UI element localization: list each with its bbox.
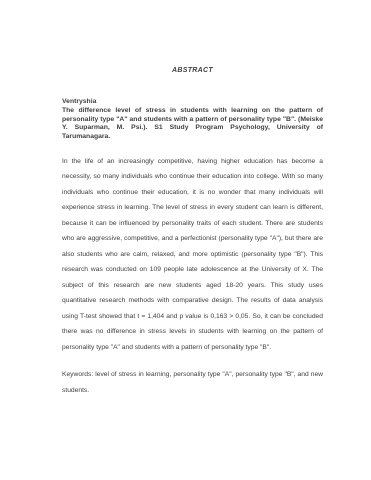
author-title-block: Ventryshia The difference level of stres… — [62, 98, 323, 142]
keywords-line: Keywords: level of stress in learning, p… — [62, 367, 323, 398]
abstract-heading: ABSTRACT — [62, 66, 323, 75]
thesis-title: The difference level of stress in studen… — [62, 107, 323, 142]
abstract-paragraph: In the life of an increasingly competiti… — [62, 154, 323, 356]
author-name: Ventryshia — [62, 98, 323, 107]
document-page: ABSTRACT Ventryshia The difference level… — [0, 0, 371, 480]
